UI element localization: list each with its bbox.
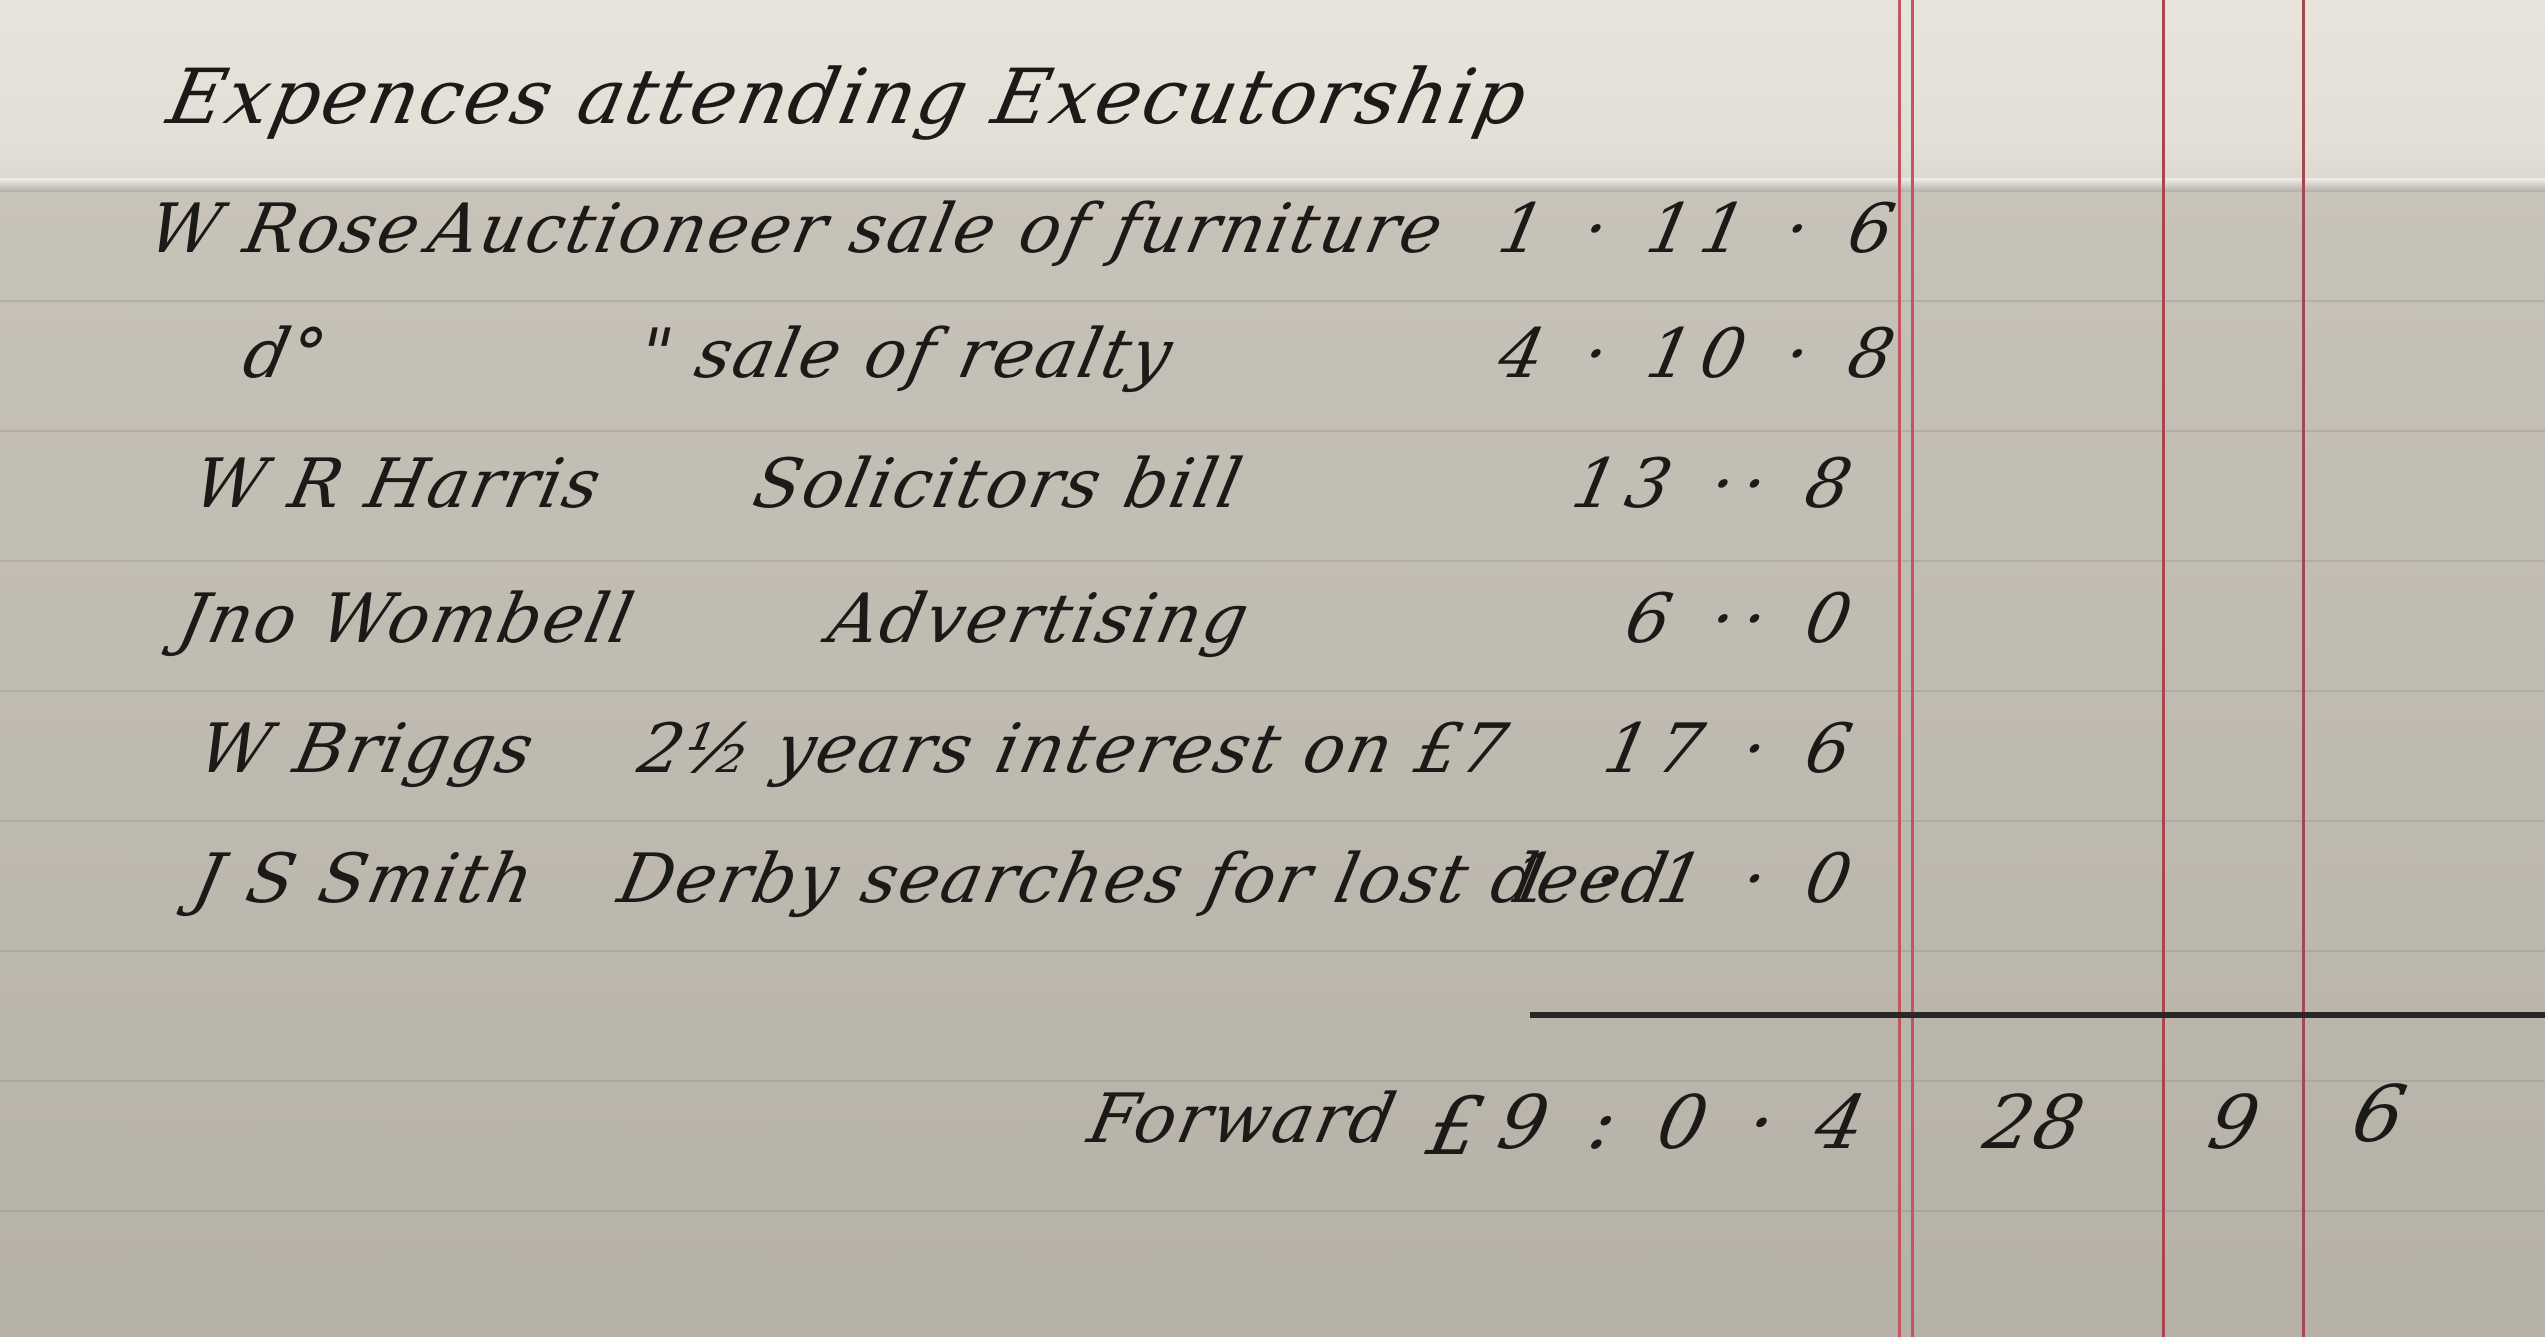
entry-amount: 6 ·· 0 [1492, 580, 1869, 659]
pence-column-value: 6 [2310, 1070, 2449, 1160]
entry-amount: 1 · 11 · 6 [1492, 190, 1869, 269]
entry-payee: W Rose [142, 190, 430, 269]
entry-payee: d° [237, 315, 335, 394]
entry-amount: 1 · 1 · 0 [1492, 840, 1869, 919]
entry-payee: Jno Wombell [172, 580, 642, 659]
entry-amount: 4 · 10 · 8 [1492, 315, 1869, 394]
entry-amount: 13 ·· 8 [1492, 445, 1869, 524]
entry-amount: 17 · 6 [1492, 710, 1869, 789]
entry-description: Auctioneer sale of furniture [422, 190, 1452, 269]
entry-description: Solicitors bill [747, 445, 1251, 524]
forward-label: Forward [1082, 1080, 1404, 1159]
entry-description: " sale of realty [632, 315, 1181, 394]
shillings-pence-divider [2302, 0, 2305, 1337]
forward-amount: 9 : 0 · 4 [1491, 1080, 1869, 1166]
document-title: Expences attending Executorship [161, 52, 1537, 141]
entry-payee: J S Smith [187, 840, 543, 919]
shillings-column-value: 9 [2166, 1080, 2304, 1166]
total-rule [1530, 1012, 2545, 1018]
entry-payee: W Briggs [192, 710, 542, 789]
entry-description: 2½ years interest on £7 [632, 710, 1516, 789]
entry-description: Advertising [822, 580, 1258, 659]
pounds-shillings-divider [2162, 0, 2165, 1337]
entry-payee: W R Harris [187, 445, 610, 524]
pounds-column-value: 28 [1941, 1080, 2129, 1166]
